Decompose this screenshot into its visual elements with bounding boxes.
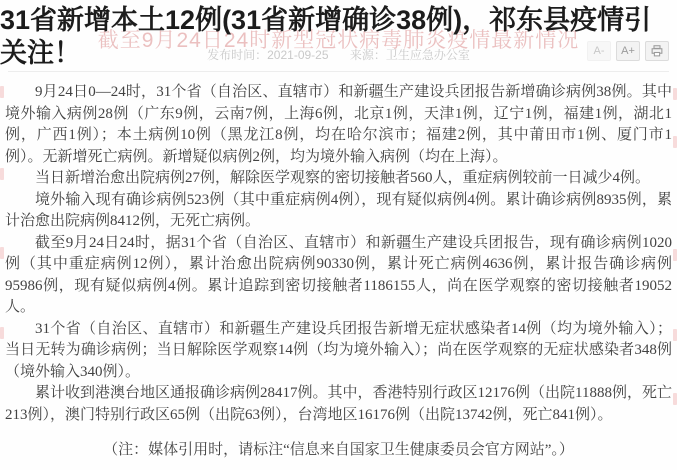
print-button[interactable]: [645, 41, 669, 61]
paragraph-cumulative-totals: 截至9月24日24时，据31个省（自治区、直辖市）和新疆生产建设兵团报告，现有确…: [5, 233, 672, 319]
paragraph-daily-new-cases: 9月24日0—24时，31个省（自治区、直辖市）和新疆生产建设兵团报告新增确诊病…: [5, 82, 672, 168]
article-header: 截至9月24日24时新型冠状病毒肺炎疫情最新情况 31省新增本土12例(31省新…: [0, 0, 677, 76]
increase-font-button[interactable]: A+: [616, 41, 640, 61]
paragraph-recovered: 当日新增治愈出院病例27例，解除医学观察的密切接触者560人，重症病例较前一日减…: [5, 168, 672, 190]
header-divider: [8, 71, 669, 72]
page-title: 31省新增本土12例(31省新增确诊38例)，祁东县疫情引关注！: [0, 4, 677, 70]
paragraph-imported-cases: 境外输入现有确诊病例523例（其中重症病例4例），现有疑似病例4例。累计确诊病例…: [5, 190, 672, 233]
paragraph-asymptomatic: 31个省（自治区、直辖市）和新疆生产建设兵团报告新增无症状感染者14例（均为境外…: [5, 319, 672, 384]
font-toolbar: A- A+: [587, 41, 669, 61]
article-body: 9月24日0—24时，31个省（自治区、直辖市）和新疆生产建设兵团报告新增确诊病…: [0, 76, 677, 462]
citation-note: （注：媒体引用时，请标注“信息来自国家卫生健康委员会官方网站”。）: [5, 440, 672, 462]
article-page: 截至9月24日24时新型冠状病毒肺炎疫情最新情况 31省新增本土12例(31省新…: [0, 0, 677, 470]
decrease-font-button[interactable]: A-: [587, 41, 611, 61]
printer-icon: [651, 45, 663, 57]
paragraph-hk-macao-taiwan: 累计收到港澳台地区通报确诊病例28417例。其中，香港特别行政区12176例（出…: [5, 383, 672, 426]
